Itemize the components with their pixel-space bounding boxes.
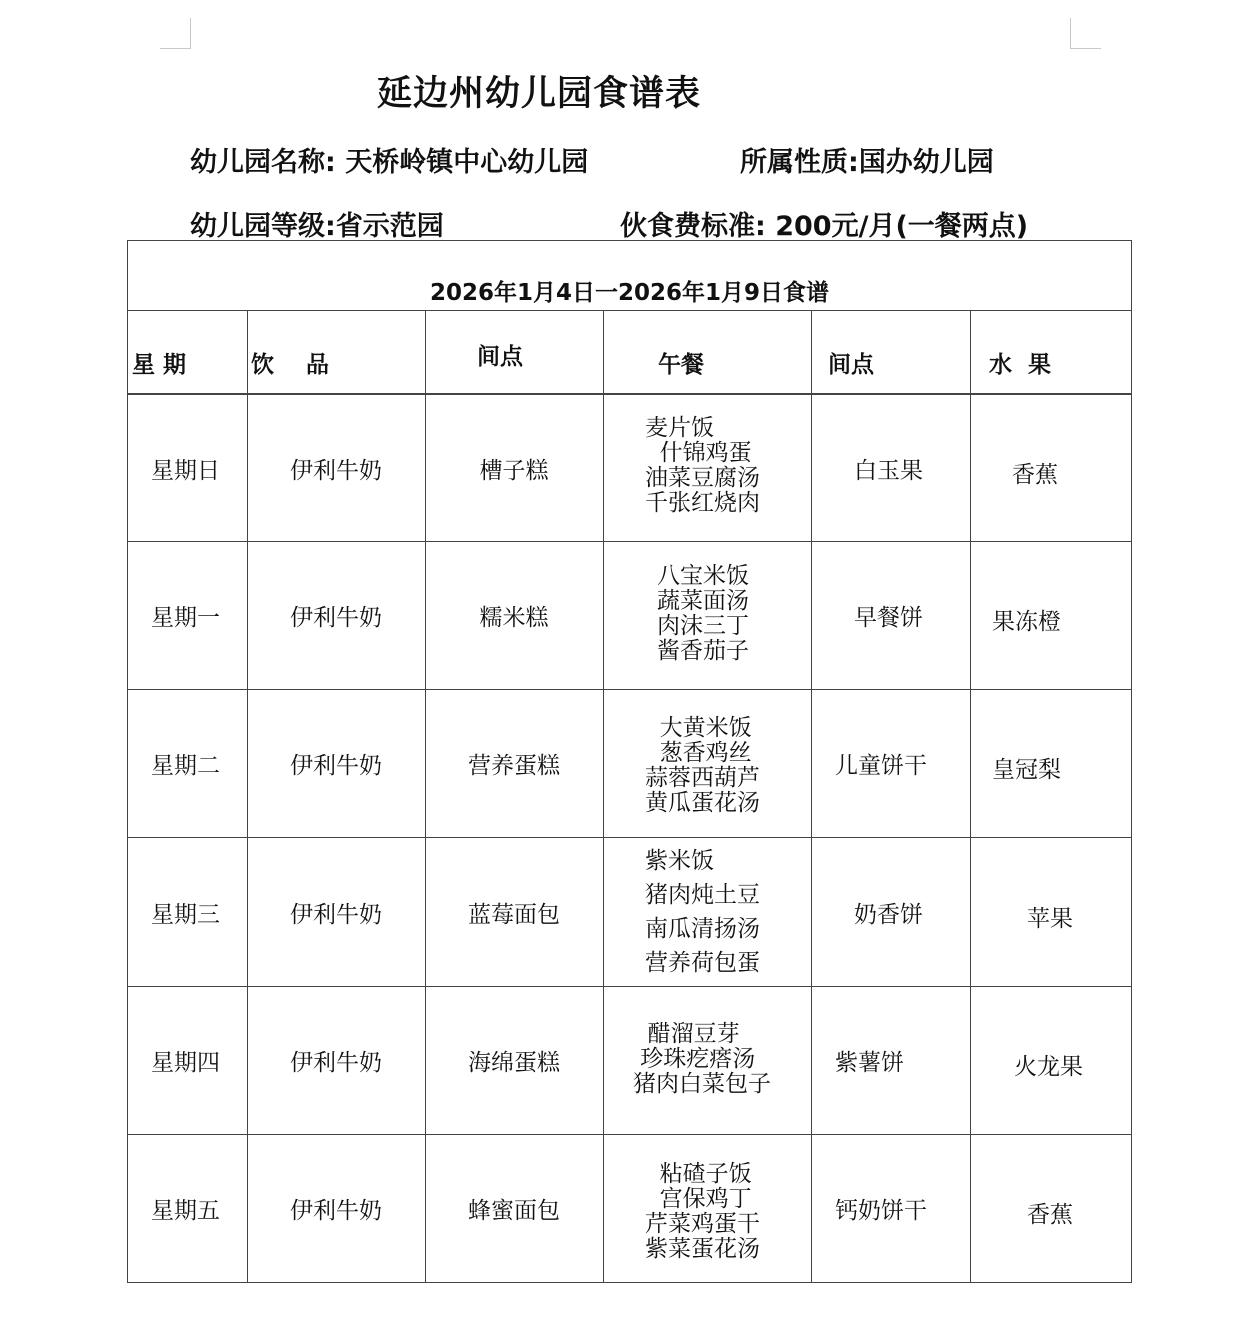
lunch-dish: 大黄米饭 <box>645 716 760 741</box>
header-weekday: 星 期 <box>132 346 186 379</box>
cell-lunch: 醋溜豆芽 珍珠疙瘩汤猪肉白菜包子 <box>633 1022 771 1097</box>
lunch-dish: 芹菜鸡蛋干 <box>645 1212 760 1237</box>
lunch-dish: 麦片饭 <box>645 416 760 441</box>
lunch-dish: 黄瓜蛋花汤 <box>645 791 760 816</box>
column-divider <box>811 310 812 1283</box>
cell-drink: 伊利牛奶 <box>247 542 425 689</box>
cell-weekday: 星期三 <box>151 838 220 986</box>
cell-snack-morning: 营养蛋糕 <box>425 690 603 837</box>
cell-weekday: 星期五 <box>151 1135 220 1282</box>
table-border-right <box>1131 240 1132 1283</box>
cell-lunch: 大黄米饭 葱香鸡丝蒜蓉西葫芦黄瓜蛋花汤 <box>645 716 760 816</box>
cell-lunch: 八宝米饭蔬菜面汤肉沫三丁酱香茄子 <box>657 564 749 664</box>
table-caption-date-range: 2026年1月4日一2026年1月9日食谱 <box>127 274 1132 307</box>
lunch-dish: 粘碴子饭 <box>645 1162 760 1187</box>
row-divider <box>127 310 1132 311</box>
cell-weekday: 星期日 <box>151 395 220 541</box>
cell-snack-afternoon: 紫薯饼 <box>835 987 904 1134</box>
table-border-left <box>127 240 128 1283</box>
cell-drink: 伊利牛奶 <box>247 690 425 837</box>
lunch-dish: 什锦鸡蛋 <box>645 441 760 466</box>
document-title: 延边州幼儿园食谱表 <box>377 66 701 116</box>
kindergarten-grade-label: 幼儿园等级: <box>190 211 336 242</box>
lunch-dish: 南瓜清扬汤 <box>645 912 760 946</box>
kindergarten-grade: 幼儿园等级:省示范园 <box>190 204 444 243</box>
kindergarten-nature-value: 国办幼儿园 <box>859 147 994 178</box>
cell-fruit: 香蕉 <box>1027 1139 1073 1286</box>
cell-weekday: 星期二 <box>151 690 220 837</box>
lunch-dish: 酱香茄子 <box>657 639 749 664</box>
cell-snack-afternoon: 儿童饼干 <box>835 690 927 837</box>
cell-lunch: 粘碴子饭 宫保鸡丁芹菜鸡蛋干紫菜蛋花汤 <box>645 1162 760 1262</box>
header-snack-afternoon: 间点 <box>828 346 874 379</box>
kindergarten-name-value: 天桥岭镇中心幼儿园 <box>345 147 588 178</box>
lunch-dish: 葱香鸡丝 <box>645 741 760 766</box>
header-drink: 饮 品 <box>251 346 329 379</box>
cell-fruit: 苹果 <box>1027 842 1073 990</box>
cell-snack-morning: 蜂蜜面包 <box>425 1135 603 1282</box>
menu-table: 2026年1月4日一2026年1月9日食谱 星 期 饮 品 间点 午餐 间点 水… <box>127 240 1132 1283</box>
cell-drink: 伊利牛奶 <box>247 838 425 986</box>
meal-fee-value: 200元/月(一餐两点) <box>775 211 1028 242</box>
lunch-dish: 营养荷包蛋 <box>645 946 760 980</box>
lunch-dish: 千张红烧肉 <box>645 491 760 516</box>
lunch-dish: 宫保鸡丁 <box>645 1187 760 1212</box>
header-snack-morning: 间点 <box>477 338 523 371</box>
page-corner-mark-top-right <box>1070 18 1101 49</box>
cell-snack-afternoon: 白玉果 <box>854 395 923 541</box>
cell-snack-afternoon: 钙奶饼干 <box>835 1135 927 1282</box>
kindergarten-nature-label: 所属性质: <box>740 147 859 178</box>
lunch-dish: 猪肉炖土豆 <box>645 878 760 912</box>
lunch-dish: 紫菜蛋花汤 <box>645 1237 760 1262</box>
lunch-dish: 猪肉白菜包子 <box>633 1072 771 1097</box>
cell-lunch: 紫米饭猪肉炖土豆南瓜清扬汤营养荷包蛋 <box>645 844 760 980</box>
kindergarten-nature: 所属性质:国办幼儿园 <box>740 140 994 179</box>
cell-snack-morning: 糯米糕 <box>425 542 603 689</box>
lunch-dish: 油菜豆腐汤 <box>645 466 760 491</box>
lunch-dish: 珍珠疙瘩汤 <box>633 1047 771 1072</box>
cell-snack-morning: 槽子糕 <box>425 395 603 541</box>
cell-fruit: 火龙果 <box>1014 991 1083 1138</box>
cell-weekday: 星期四 <box>151 987 220 1134</box>
column-divider <box>603 310 604 1283</box>
cell-snack-afternoon: 奶香饼 <box>854 838 923 986</box>
cell-drink: 伊利牛奶 <box>247 395 425 541</box>
meal-fee-standard: 伙食费标准: 200元/月(一餐两点) <box>620 204 1028 243</box>
lunch-dish: 肉沫三丁 <box>657 614 749 639</box>
kindergarten-name-label: 幼儿园名称: <box>190 147 336 178</box>
header-fruit: 水 果 <box>989 346 1051 379</box>
cell-weekday: 星期一 <box>151 542 220 689</box>
cell-fruit: 香蕉 <box>1012 399 1058 545</box>
cell-snack-morning: 海绵蛋糕 <box>425 987 603 1134</box>
lunch-dish: 蔬菜面汤 <box>657 589 749 614</box>
lunch-dish: 八宝米饭 <box>657 564 749 589</box>
cell-drink: 伊利牛奶 <box>247 987 425 1134</box>
header-lunch: 午餐 <box>658 346 704 379</box>
lunch-dish: 紫米饭 <box>645 844 760 878</box>
cell-lunch: 麦片饭 什锦鸡蛋油菜豆腐汤千张红烧肉 <box>645 416 760 516</box>
table-border-bottom <box>127 1282 1132 1283</box>
lunch-dish: 蒜蓉西葫芦 <box>645 766 760 791</box>
kindergarten-name: 幼儿园名称: 天桥岭镇中心幼儿园 <box>190 140 588 179</box>
column-divider <box>970 310 971 1283</box>
kindergarten-grade-value: 省示范园 <box>336 211 444 242</box>
lunch-dish: 醋溜豆芽 <box>633 1022 771 1047</box>
cell-snack-morning: 蓝莓面包 <box>425 838 603 986</box>
table-border-top <box>127 240 1132 241</box>
page-corner-mark-top-left <box>160 18 191 49</box>
cell-fruit: 果冻橙 <box>992 546 1061 693</box>
cell-fruit: 皇冠梨 <box>992 694 1061 841</box>
cell-snack-afternoon: 早餐饼 <box>854 542 923 689</box>
cell-drink: 伊利牛奶 <box>247 1135 425 1282</box>
meal-fee-label: 伙食费标准: <box>620 211 766 242</box>
